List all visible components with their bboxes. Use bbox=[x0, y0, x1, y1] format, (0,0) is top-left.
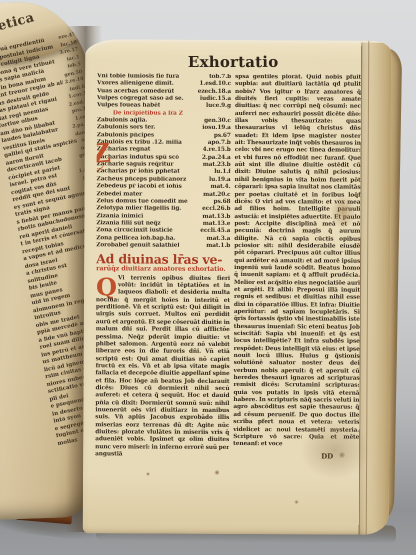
index-tail: Vni tobie lumiosis fie fura tob.7.b Vxor… bbox=[97, 73, 231, 110]
entry-ref: iosu.19.a bbox=[202, 125, 231, 132]
entry-text: Zorobabel genuit salathiel bbox=[96, 242, 179, 250]
entry-ref: 2.pa.24.a bbox=[202, 155, 231, 162]
entry-ref: mat.4. bbox=[210, 184, 230, 191]
photo-scene: abetica di aquā egredientiū eze.47 dua p… bbox=[0, 0, 416, 555]
entry-ref: lu.19.a bbox=[209, 177, 231, 184]
entry-ref: ps.68 bbox=[214, 199, 231, 206]
entry-ref: luce.9.g bbox=[206, 103, 231, 110]
entry-ref: mat.1.b bbox=[206, 243, 230, 250]
entry-ref: mat.13.b bbox=[202, 213, 230, 220]
entry-ref: lu.1.f bbox=[214, 169, 230, 176]
painted-initial-z: Z bbox=[95, 141, 112, 166]
section-heading: Ad diuinas lr̄as ve- bbox=[96, 254, 230, 267]
z-section: Z De incipiētibus a lr̄a Z Zabulonis aq̄… bbox=[96, 110, 231, 250]
text-column-right: spsa gentiles plorāt. Quid nobis pfuit s… bbox=[233, 74, 361, 533]
quire-signature: DD bbox=[233, 452, 359, 460]
entry-ref: mat.23.b bbox=[203, 162, 231, 169]
section-subheading: rarūq̄z diuitiarz amatores exhortatio. bbox=[96, 266, 230, 274]
painted-initial-q: Q bbox=[96, 276, 116, 297]
entry-ref: ps.67 bbox=[214, 133, 231, 140]
paragraph-text: Vi terrenis opibus diuites fieri volūt: … bbox=[95, 275, 230, 457]
entry-ref: mat.20.c bbox=[203, 191, 230, 198]
entry-ref: iudic.15.a bbox=[200, 96, 231, 104]
entry-ref: mat.3.a bbox=[207, 235, 231, 242]
entry-ref: gen.30.c bbox=[204, 118, 231, 125]
entry-ref: apo.7.b bbox=[208, 140, 231, 147]
entry-ref: tob.7.b bbox=[209, 74, 231, 81]
entry-ref: 4.re.15.b bbox=[203, 147, 231, 154]
exhortation-paragraph-left: QVi terrenis opibus diuites fieri volūt:… bbox=[95, 275, 230, 459]
entry-ref: mat.13.e bbox=[203, 221, 231, 228]
entry-ref: eccl.26.b bbox=[202, 206, 230, 213]
running-title: Exhortatio bbox=[143, 53, 323, 71]
right-page: Exhortatio Vni tobie lumiosis fie fura t… bbox=[83, 39, 392, 535]
fore-edge bbox=[359, 43, 392, 535]
text-column-left: Vni tobie lumiosis fie fura tob.7.b Vxor… bbox=[95, 73, 231, 532]
entry-ref: eccli.45.a bbox=[200, 228, 230, 236]
exhortation-paragraph-right: spsa gentiles plorāt. Quid nobis pfuit s… bbox=[233, 74, 361, 449]
z-entries: Zabulonis aq̄lla. gen.30.c Zabulonis sor… bbox=[96, 117, 231, 250]
index-row: Zorobabel genuit salathiel mat.1.b bbox=[96, 242, 230, 250]
